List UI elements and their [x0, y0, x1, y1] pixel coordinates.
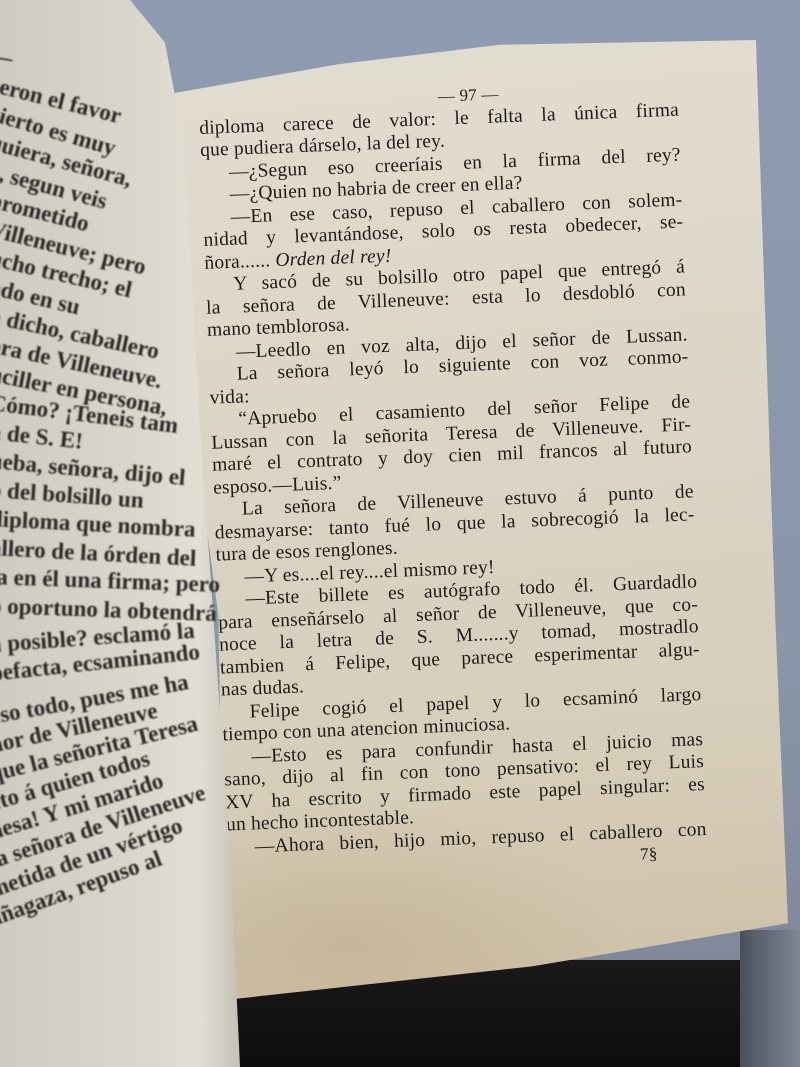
right-page-text: — 97 — diploma carece de valor: le falta…	[198, 77, 708, 882]
background-edge	[740, 930, 800, 1067]
italic-phrase: Orden del rey!	[275, 245, 392, 270]
left-page-text: — ceron el favor cierto es muy quiera, s…	[0, 40, 230, 934]
